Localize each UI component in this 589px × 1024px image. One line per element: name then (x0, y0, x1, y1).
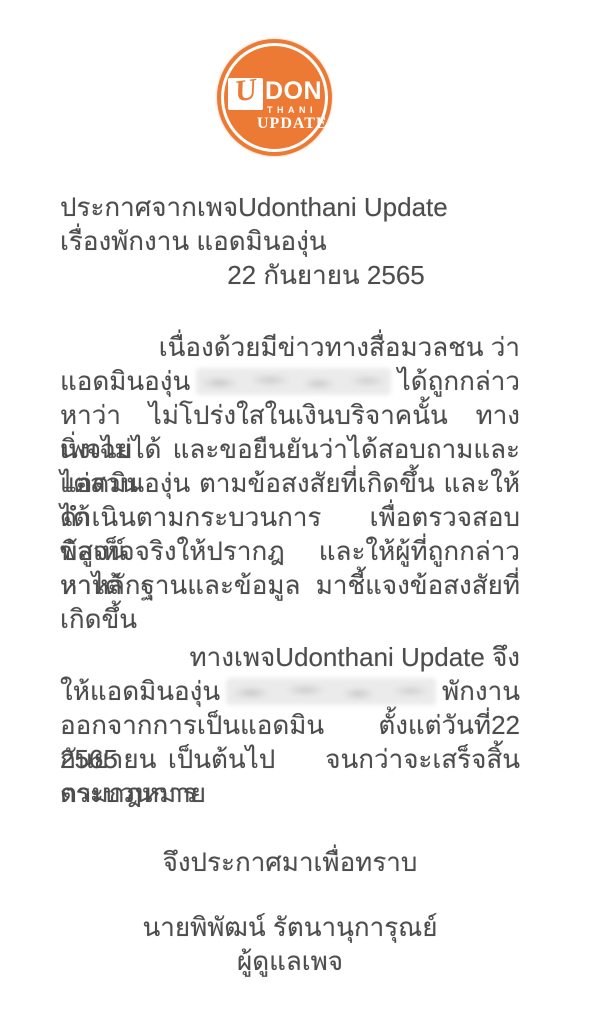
para2-blur-before-text: ให้แอดมินองุ่น (60, 674, 220, 708)
para1-indent-line: เนื่องด้วยมีข่าวทางสื่อมวลชน ว่า (60, 330, 520, 364)
para1-line: ดำเนินตามกระบวนการ เพื่อตรวจสอบพิสูจน์ (60, 500, 520, 534)
para1-line: ข้อเท็จจริงให้ปรากฎ และให้ผู้ที่ถูกกล่าว… (60, 534, 520, 568)
paragraph-1: เนื่องด้วยมีข่าวทางสื่อมวลชน ว่า แอดมินอ… (60, 330, 520, 602)
para2-line: ตามกฎหมาย (60, 776, 520, 810)
para2-line: 2565 เป็นต้นไป จนกว่าจะเสร็จสิ้นกระบวนกา… (60, 742, 520, 776)
announcement-title-line1: ประกาศจากเพจUdonthani Update (60, 190, 520, 224)
paragraph-2: ทางเพจUdonthani Update จึง ให้แอดมินองุ่… (60, 640, 520, 810)
para1-line: หาว่า ไม่โปร่งใสในเงินบริจาคนั้น ทางเพจไ… (60, 398, 520, 432)
para1-blur-after-text: ได้ถูกกล่าว (398, 364, 520, 398)
para1-line: นิ่งเฉย และขอยืนยันว่าได้สอบถามและไต่สวน (60, 432, 520, 466)
logo-word-thani: THANI (267, 105, 317, 115)
para1-line: หาหลักฐานและข้อมูล มาชี้แจงข้อสงสัยที่เก… (60, 568, 520, 602)
para1-redacted-line: แอดมินองุ่น ได้ถูกกล่าว (60, 364, 520, 398)
logo-u-icon: U (233, 77, 258, 106)
logo-word-don: DON (265, 79, 322, 103)
logo-u-monogram-box: U (228, 78, 263, 110)
closing-statement: จึงประกาศมาเพื่อทราบ (60, 845, 520, 879)
announcement-date: 22 กันยายน 2565 (60, 258, 520, 292)
announcement-page: U DON THANI UPDATE ประกาศจากเพจUdonthani… (0, 0, 589, 1024)
announcement-body: ประกาศจากเพจUdonthani Update เรื่องพักงา… (60, 190, 520, 978)
signature-title: ผู้ดูแลเพจ (60, 944, 520, 978)
para1-blur-before-text: แอดมินองุ่น (60, 364, 190, 398)
signature-name: นายพิพัฒน์ รัตนานุการุณย์ (60, 910, 520, 944)
udonthani-update-logo: U DON THANI UPDATE (217, 39, 332, 156)
para2-indent-line: ทางเพจUdonthani Update จึง (60, 640, 520, 674)
para2-redacted-line: ให้แอดมินองุ่น พักงาน (60, 674, 520, 708)
logo-word-update: UPDATE (257, 115, 328, 133)
para1-line: แอดมินองุ่น ตามข้อสงสัยที่เกิดขึ้น และให… (60, 466, 520, 500)
announcement-title-line2: เรื่องพักงาน แอดมินองุ่น (60, 224, 520, 258)
redacted-name-blur (196, 368, 391, 395)
redacted-name-blur (226, 678, 436, 705)
para2-line: ออกจากการเป็นแอดมิน ตั้งแต่วันที่22 กันย… (60, 708, 520, 742)
para2-blur-after-text: พักงาน (442, 674, 520, 708)
